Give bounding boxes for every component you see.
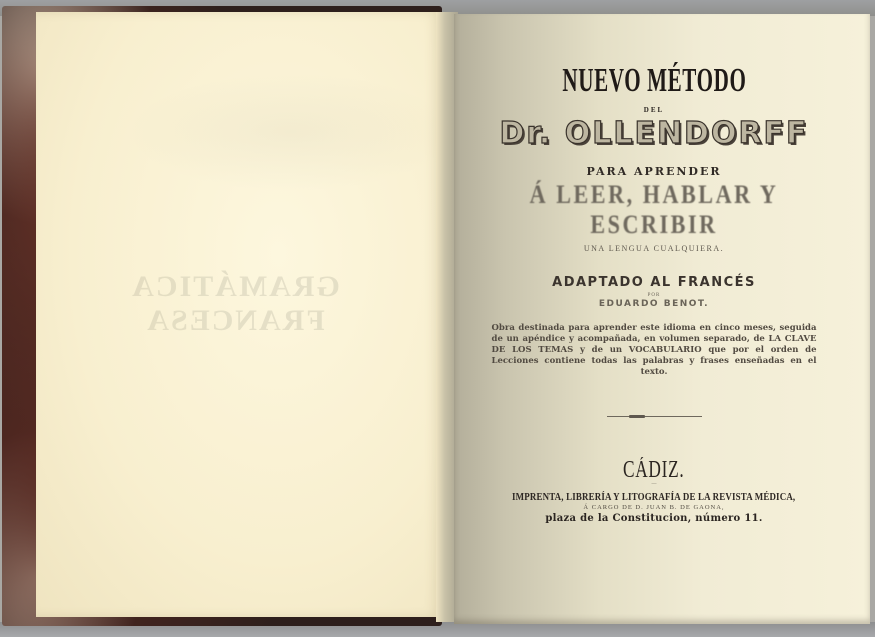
title-lengua: UNA LENGUA CUALQUIERA.: [454, 244, 854, 253]
title-imprint: IMPRENTA, LIBRERÍA Y LITOGRAFÍA DE LA RE…: [512, 492, 795, 503]
title-address: plaza de la Constitucion, número 11.: [454, 513, 854, 524]
title-imprint-sub: Á CARGO DE D. JUAN B. DE GAONA,: [454, 504, 854, 511]
title-nuevo-metodo: NUEVO MÉTODO: [562, 62, 746, 100]
title-place: CÁDIZ.: [623, 457, 684, 484]
book-photo: GRAMÁTICA FRANCESA NUEVO MÉTODO DEL Dr. …: [0, 0, 875, 637]
title-del: DEL: [454, 106, 854, 114]
title-translator: EDUARDO BENOT.: [454, 299, 854, 309]
title-description: Obra destinada para aprender este idioma…: [492, 323, 817, 378]
title-author-name: Dr. OLLENDORFF: [454, 116, 854, 151]
ornamental-rule: [607, 416, 702, 417]
title-leer-hablar: Á LEER, HABLAR Y ESCRIBIR: [484, 180, 824, 240]
title-por: POR: [454, 293, 854, 298]
title-adaptado: ADAPTADO AL FRANCÉS: [454, 275, 854, 290]
bleed-through-text: GRAMÁTICA FRANCESA: [70, 270, 400, 338]
ghost-stain: [126, 72, 456, 192]
title-page-text: NUEVO MÉTODO DEL Dr. OLLENDORFF PARA APR…: [454, 60, 854, 524]
title-para-aprender: PARA APRENDER: [454, 165, 854, 178]
